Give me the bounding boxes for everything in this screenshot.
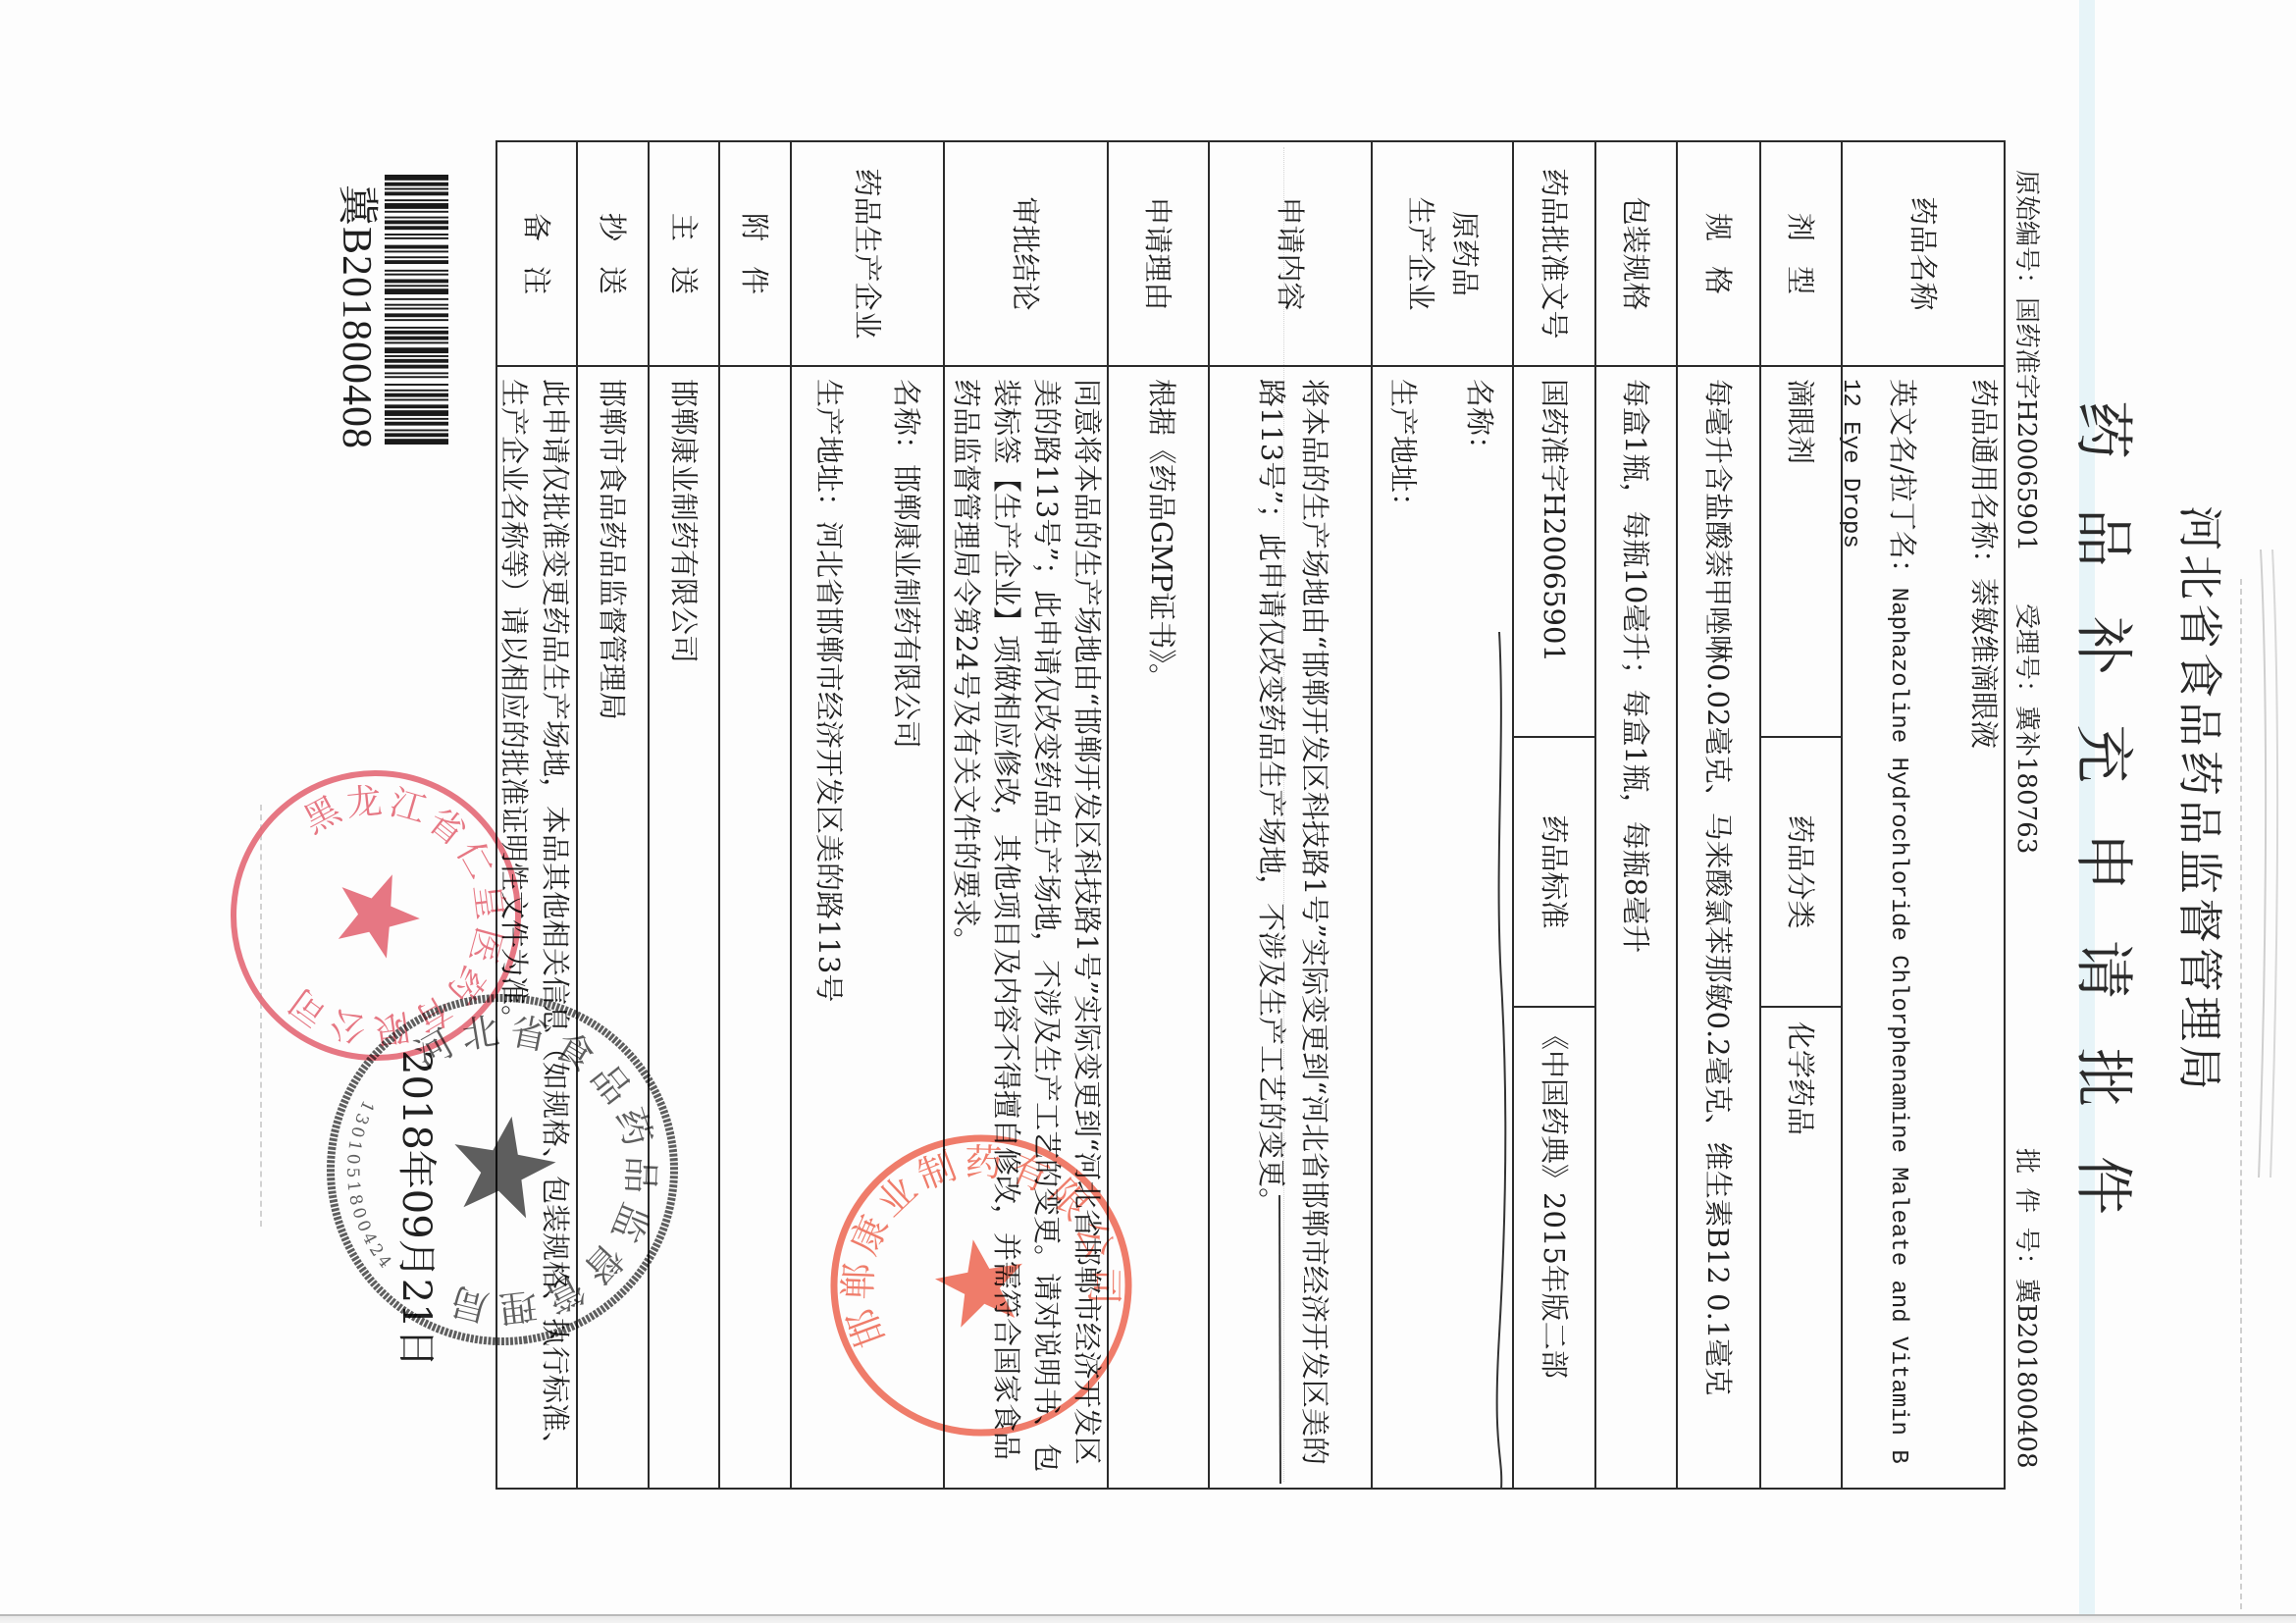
barcode-bar	[385, 298, 448, 300]
row-approval-number: 药品批准文号 国药准字H20065901 药品标准 《中国药典》2015年版二部	[1514, 142, 1596, 1488]
barcode-bar	[385, 376, 448, 378]
value-drug-name: 药品通用名称：萘敏维滴眼液 英文名/拉丁名：Naphazoline Hydroc…	[1843, 367, 2004, 1488]
approval-number-label: 批 件 号：	[2011, 1148, 2041, 1279]
barcode-bar	[385, 211, 448, 213]
packaging-text: 每盒1瓶，每瓶10毫升；每盒1瓶，每瓶8毫升	[1616, 379, 1657, 953]
row-packaging: 包装规格 每盒1瓶，每瓶10毫升；每盒1瓶，每瓶8毫升	[1596, 142, 1678, 1488]
barcode-bar	[385, 234, 448, 236]
issuing-agency: 河北省食品药品监督管理局	[2176, 505, 2223, 1094]
barcode-bar	[385, 365, 448, 369]
barcode-bar	[385, 245, 448, 249]
label-main-recipient: 主 送	[650, 142, 718, 367]
original-number-value: 国药准字H20065901	[2011, 297, 2041, 551]
label-application-reason: 申请理由	[1109, 142, 1208, 367]
value-attachment	[720, 367, 790, 1488]
row-drug-name: 药品名称 药品通用名称：萘敏维滴眼液 英文名/拉丁名：Naphazoline H…	[1843, 142, 2004, 1488]
barcode-bar	[385, 410, 448, 416]
row-cc: 抄 送 邯郸市食品药品监督管理局	[578, 142, 650, 1488]
label-specification: 规 格	[1678, 142, 1759, 367]
row-application-reason: 申请理由 根据《药品GMP证书》。	[1109, 142, 1210, 1488]
label-drug-standard: 药品标准	[1514, 738, 1594, 1008]
label-dosage-form: 剂 型	[1761, 142, 1841, 367]
value-approval-conclusion: 同意将本品的生产场地由“邯郸开发区科技路1号”实际变更到“河北省邯郸市经济开发区…	[945, 367, 1107, 1488]
barcode-bar	[385, 203, 448, 209]
barcode-bar	[385, 191, 448, 195]
main-recipient-text: 邯郸康业制药有限公司	[663, 379, 704, 663]
scanned-approval-document: 河北省食品药品监督管理局 药品补充申请批件 原始编号：国药准字H20065901…	[0, 0, 2296, 1623]
barcode-bar	[385, 422, 448, 426]
label-line-2: 生产企业	[1398, 196, 1442, 310]
barcode-bar	[385, 256, 448, 258]
barcode-bar	[385, 175, 448, 181]
barcode-bar	[385, 220, 448, 224]
value-packaging: 每盒1瓶，每瓶10毫升；每盒1瓶，每瓶8毫升	[1596, 367, 1676, 1488]
label-attachment: 附 件	[720, 142, 790, 367]
barcode-bar	[385, 399, 448, 401]
approval-document-number: 批 件 号：冀B201800408	[2011, 1148, 2041, 1469]
row-original-manufacturer: 原药品 生产企业 名称： 生产地址：	[1373, 142, 1514, 1488]
document-title: 药品补充申请批件	[2072, 400, 2133, 1264]
barcode-bar	[385, 308, 448, 310]
barcode-bar	[385, 304, 448, 306]
row-attachment: 附 件	[720, 142, 792, 1488]
barcode-bar	[385, 319, 448, 321]
original-number: 原始编号：国药准字H20065901	[2011, 170, 2041, 551]
barcode-bar	[385, 390, 448, 392]
barcode-bar	[385, 384, 448, 386]
barcode-bar	[385, 217, 448, 219]
barcode-bar	[385, 288, 448, 294]
barcode-bar	[385, 313, 448, 317]
label-cc: 抄 送	[578, 142, 648, 367]
label-drug-name: 药品名称	[1843, 142, 2004, 367]
star-icon	[338, 871, 423, 961]
manufacturer-name-label: 名称：	[890, 379, 923, 464]
original-address-label: 生产地址：	[1386, 379, 1420, 521]
label-original-manufacturer: 原药品 生产企业	[1373, 142, 1512, 367]
manufacturer-name-line: 名称：邯郸康业制药有限公司	[886, 379, 927, 1478]
value-drug-category: 化学药品	[1761, 1008, 1841, 1488]
value-original-manufacturer: 名称： 生产地址：	[1373, 367, 1512, 1488]
seal-ring	[224, 763, 528, 1068]
value-dosage-form: 滴眼剂	[1761, 367, 1841, 738]
value-cc: 邯郸市食品药品监督管理局	[578, 367, 648, 1488]
seal-code-text: 1301051800424	[332, 1095, 401, 1276]
approval-number-value: 冀B201800408	[2011, 1279, 2041, 1469]
value-application-content: 将本品的生产场地由“邯郸开发区科技路1号”实际变更到“河北省邯郸市经济开发区美的…	[1210, 367, 1371, 1488]
row-dosage-form: 剂 型 滴眼剂 药品分类 化学药品	[1761, 142, 1843, 1488]
barcode-bar	[385, 327, 448, 329]
approval-form-table: 药品名称 药品通用名称：萘敏维滴眼液 英文名/拉丁名：Naphazoline H…	[496, 140, 2006, 1490]
barcode-bar	[385, 285, 448, 287]
barcode-bar	[385, 430, 448, 432]
value-drug-standard: 《中国药典》2015年版二部	[1514, 1008, 1594, 1488]
row-application-content: 申请内容 将本品的生产场地由“邯郸开发区科技路1号”实际变更到“河北省邯郸市经济…	[1210, 142, 1373, 1488]
barcode-bar	[385, 280, 448, 284]
barcode-bar	[385, 250, 448, 252]
barcode-bar	[385, 270, 448, 272]
manufacturer-address-line: 生产地址：河北省邯郸市经济开发区美的路113号	[809, 379, 850, 1478]
barcode-bar	[385, 433, 448, 437]
barcode-bar	[385, 359, 448, 363]
original-number-label: 原始编号：	[2011, 170, 2041, 297]
approval-number-text: 国药准字H20065901	[1534, 379, 1575, 662]
barcode-bar	[385, 372, 448, 374]
manufacturer-address-label: 生产地址：	[812, 379, 846, 521]
value-approval-number: 国药准字H20065901	[1514, 367, 1594, 738]
drug-standard-text: 《中国药典》2015年版二部	[1534, 1021, 1575, 1379]
generic-name-label: 药品通用名称：	[1967, 379, 2001, 578]
original-address-line: 生产地址：	[1383, 379, 1424, 1478]
barcode-bar	[385, 439, 448, 445]
value-main-recipient: 邯郸康业制药有限公司	[650, 367, 718, 1488]
dosage-form-text: 滴眼剂	[1781, 379, 1822, 464]
row-approval-conclusion: 审批结论 同意将本品的生产场地由“邯郸开发区科技路1号”实际变更到“河北省邯郸市…	[945, 142, 1109, 1488]
barcode-bar	[385, 404, 448, 408]
generic-name-line: 药品通用名称：萘敏维滴眼液	[1964, 379, 2004, 1478]
acceptance-number: 受理号：冀补180763	[2011, 603, 2041, 854]
barcode-bar	[385, 337, 448, 340]
issue-date: 2018年09月21日	[394, 1050, 438, 1368]
row-remarks: 备 注 此申请仅批准变更药品生产场地，本品其他相关信息（如规格、包装规格、执行标…	[497, 142, 578, 1488]
original-name-label: 名称：	[1463, 379, 1496, 464]
barcode-bar	[385, 183, 448, 186]
barcode-bar	[385, 341, 448, 343]
value-remarks: 此申请仅批准变更药品生产场地，本品其他相关信息（如规格、包装规格、执行标准、生产…	[497, 367, 576, 1488]
barcode-bar	[385, 226, 448, 230]
english-name-label: 英文名/拉丁名：	[1886, 379, 1919, 588]
value-manufacturer: 名称：邯郸康业制药有限公司 生产地址：河北省邯郸市经济开发区美的路113号	[792, 367, 943, 1488]
seal-arc-text: 黑龙江省仁皇医药有限公司	[281, 775, 519, 1059]
barcode-bar	[385, 418, 448, 420]
seal-text: 黑龙江省仁皇医药有限公司	[281, 775, 519, 1059]
cc-text: 邯郸市食品药品监督管理局	[593, 379, 634, 720]
label-packaging: 包装规格	[1596, 142, 1676, 367]
manufacturer-name: 邯郸康业制药有限公司	[890, 464, 923, 749]
barcode-bar	[385, 355, 448, 357]
label-remarks: 备 注	[497, 142, 576, 367]
value-application-reason: 根据《药品GMP证书》。	[1109, 367, 1208, 1488]
label-approval-conclusion: 审批结论	[945, 142, 1107, 367]
barcode-bar	[385, 347, 448, 353]
barcode-bar	[385, 274, 448, 276]
value-specification: 每毫升含盐酸萘甲唑啉0.02毫克、马来酸氯苯那敏0.2毫克、维生素B12 0.1…	[1678, 367, 1759, 1488]
acceptance-number-label: 受理号：	[2011, 603, 2041, 706]
drug-category-text: 化学药品	[1781, 1021, 1822, 1135]
label-approval-number: 药品批准文号	[1514, 142, 1594, 367]
heilongjiang-renhuang-seal: 黑龙江省仁皇医药有限公司	[224, 763, 528, 1068]
generic-name: 萘敏维滴眼液	[1967, 578, 2001, 749]
label-application-content: 申请内容	[1210, 142, 1371, 367]
barcode	[385, 175, 448, 445]
barcode-number: 冀B201800408	[334, 184, 379, 449]
row-main-recipient: 主 送 邯郸康业制药有限公司	[650, 142, 720, 1488]
manufacturer-address: 河北省邯郸市经济开发区美的路113号	[812, 521, 846, 1002]
barcode-bar	[385, 188, 448, 190]
barcode-bar	[385, 393, 448, 397]
label-line-1: 原药品	[1442, 211, 1487, 296]
original-name-line: 名称：	[1459, 379, 1500, 1478]
row-manufacturer: 药品生产企业 名称：邯郸康业制药有限公司 生产地址：河北省邯郸市经济开发区美的路…	[792, 142, 945, 1488]
barcode-bar	[385, 260, 448, 264]
seal-code: 1301051800424	[332, 1095, 401, 1276]
label-drug-category: 药品分类	[1761, 738, 1841, 1008]
acceptance-number-value: 冀补180763	[2011, 706, 2041, 854]
barcode-bar	[385, 199, 448, 201]
specification-text: 每毫升含盐酸萘甲唑啉0.02毫克、马来酸氯苯那敏0.2毫克、维生素B12 0.1…	[1698, 379, 1740, 1395]
document-page: 河北省食品药品监督管理局 药品补充申请批件 原始编号：国药准字H20065901…	[0, 0, 2296, 1623]
barcode-bar	[385, 331, 448, 335]
label-manufacturer: 药品生产企业	[792, 142, 943, 367]
barcode-bar	[385, 237, 448, 239]
row-specification: 规 格 每毫升含盐酸萘甲唑啉0.02毫克、马来酸氯苯那敏0.2毫克、维生素B12…	[1678, 142, 1761, 1488]
